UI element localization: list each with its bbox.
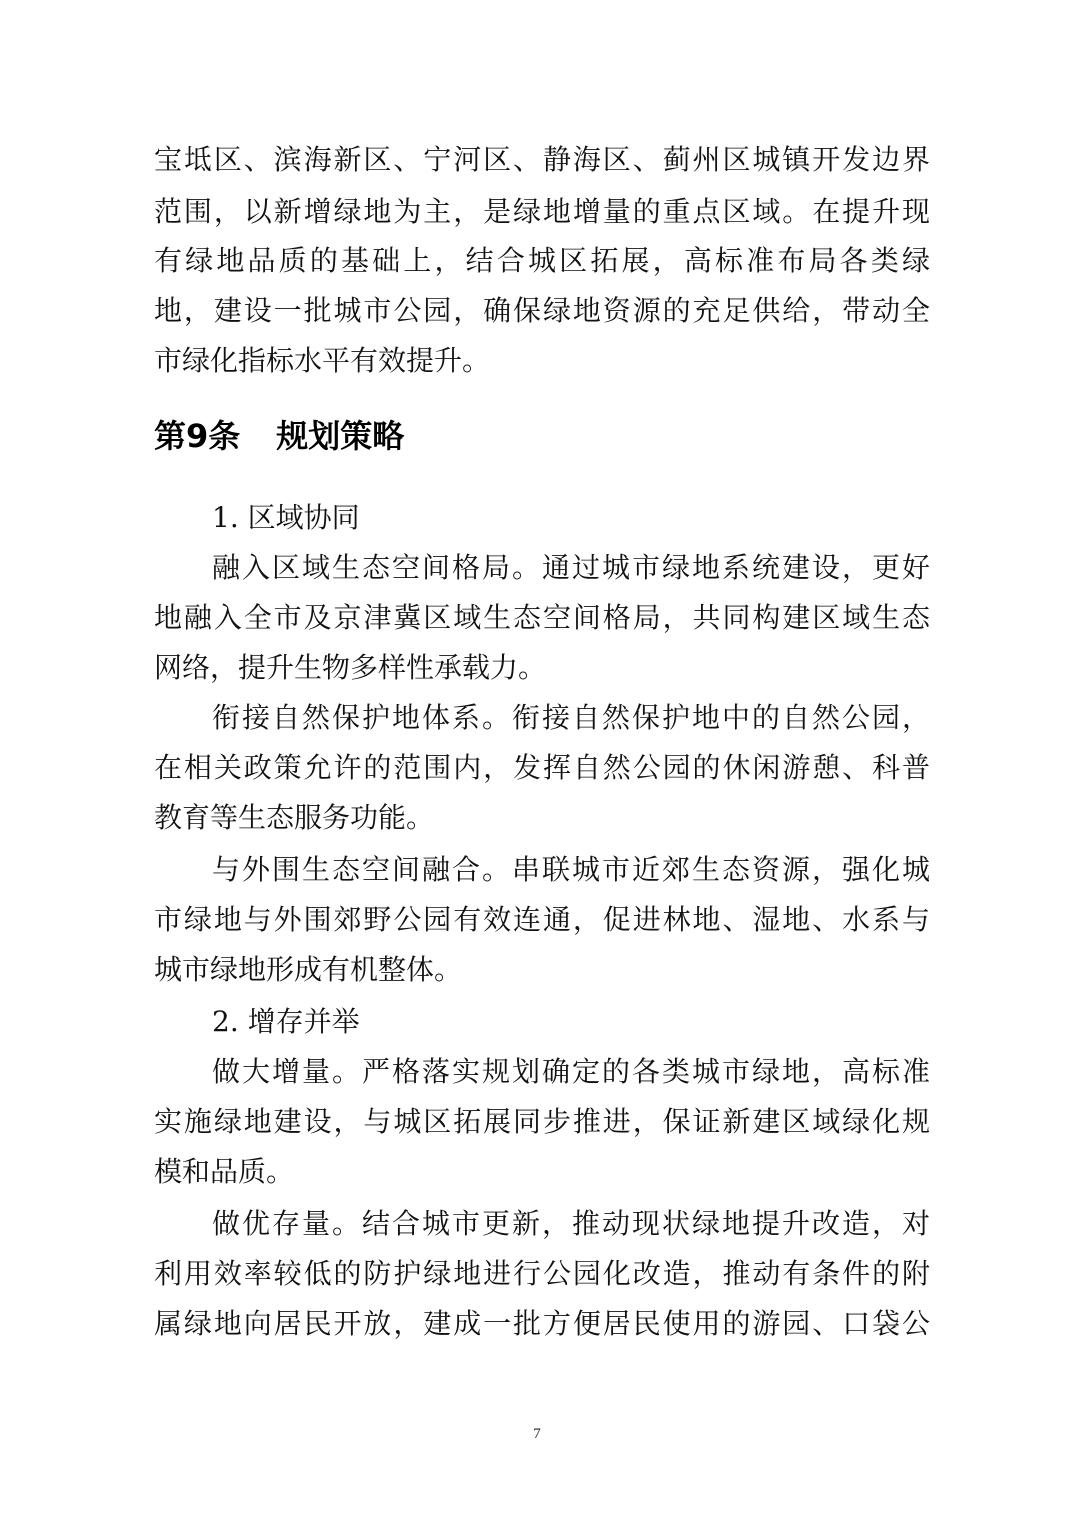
article-heading: 第9条规划策略: [154, 416, 404, 456]
body-text-line: 宝坻区、滨海新区、宁河区、静海区、蓟州区城镇开发边界: [154, 142, 930, 178]
body-text-line: 在相关政策允许的范围内，发挥自然公园的休闲游憩、科普: [154, 750, 930, 786]
body-text-line: 衔接自然保护地体系。衔接自然保护地中的自然公园，: [212, 700, 930, 736]
section-heading: 2. 增存并举: [212, 1004, 930, 1040]
body-text-line: 模和品质。: [154, 1154, 930, 1190]
body-text-line: 城市绿地形成有机整体。: [154, 952, 930, 988]
body-text-line: 融入区域生态空间格局。通过城市绿地系统建设，更好: [212, 550, 930, 586]
body-text-line: 实施绿地建设，与城区拓展同步推进，保证新建区域绿化规: [154, 1104, 930, 1140]
body-text-line: 市绿化指标水平有效提升。: [154, 343, 930, 379]
article-title: 规划策略: [276, 417, 404, 455]
body-text-line: 网络，提升生物多样性承载力。: [154, 650, 930, 686]
body-text-line: 属绿地向居民开放，建成一批方便居民使用的游园、口袋公: [154, 1306, 930, 1342]
body-text-line: 市绿地与外围郊野公园有效连通，促进林地、湿地、水系与: [154, 902, 930, 938]
body-text-line: 与外围生态空间融合。串联城市近郊生态资源，强化城: [212, 852, 930, 888]
body-text-line: 地，建设一批城市公园，确保绿地资源的充足供给，带动全: [154, 293, 930, 329]
body-text-line: 范围，以新增绿地为主，是绿地增量的重点区域。在提升现: [154, 194, 930, 230]
section-heading: 1. 区域协同: [212, 500, 930, 536]
body-text-line: 教育等生态服务功能。: [154, 800, 930, 836]
page-number: 7: [0, 1426, 1074, 1443]
body-text-line: 做优存量。结合城市更新，推动现状绿地提升改造，对: [212, 1206, 930, 1242]
body-text-line: 地融入全市及京津冀区域生态空间格局，共同构建区域生态: [154, 600, 930, 636]
body-text-line: 有绿地品质的基础上，结合城区拓展，高标准布局各类绿: [154, 243, 930, 279]
document-page: 宝坻区、滨海新区、宁河区、静海区、蓟州区城镇开发边界 范围，以新增绿地为主，是绿…: [0, 0, 1074, 1520]
body-text-line: 利用效率较低的防护绿地进行公园化改造，推动有条件的附: [154, 1256, 930, 1292]
body-text-line: 做大增量。严格落实规划确定的各类城市绿地，高标准: [212, 1054, 930, 1090]
article-number: 第9条: [154, 417, 240, 455]
